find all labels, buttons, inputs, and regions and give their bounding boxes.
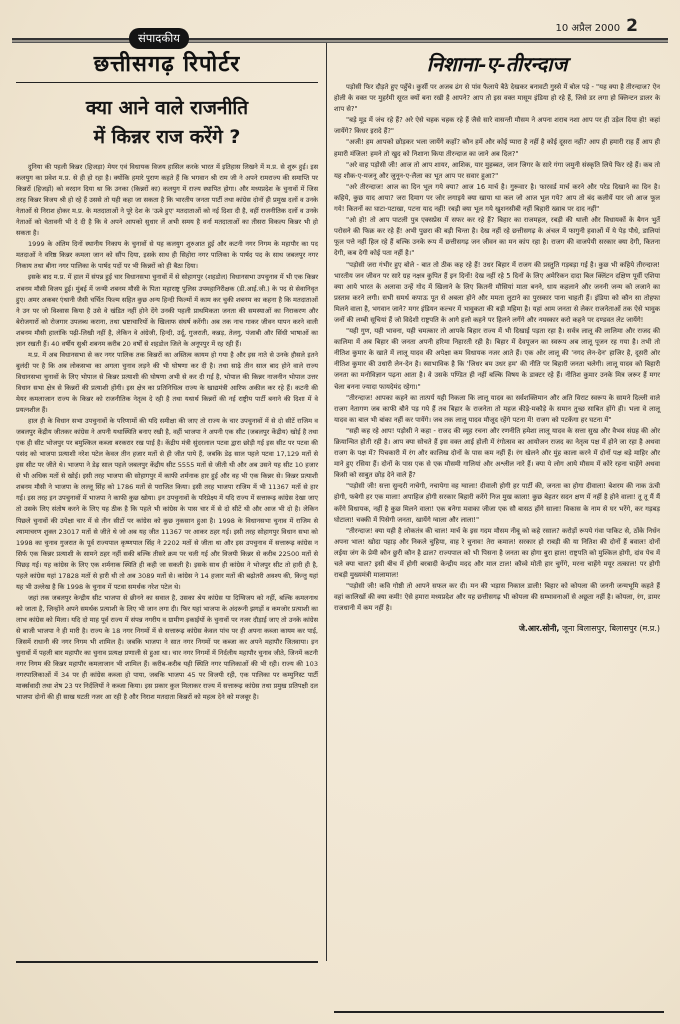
paragraph: दुनिया की पहली किन्नर (हिजड़ा) मेयर एवं … <box>16 162 318 239</box>
column-masthead-nishana-e-teerandaaz: निशाना-ए-तीरन्दाज <box>334 50 660 82</box>
paragraph: इसके बाद म.प्र. में हाल में संपन्न हुई च… <box>16 272 318 349</box>
paragraph: जहां तक जबलपुर केन्द्रीय सीट भाजपा से छी… <box>16 593 318 703</box>
paragraph: पड़ोसी फिर दौड़ते हुए पहुँचे। कुर्सी पर … <box>334 82 660 115</box>
page-number: 2 <box>626 16 638 36</box>
dateline: 10 अप्रैल 2000 2 <box>556 16 639 36</box>
author-name: जे.आर.सोनी, <box>519 624 560 633</box>
paragraph: हाल ही के विधान सभा उपचुनावों के परिणामो… <box>16 416 318 593</box>
paragraph: "अजी! हम आपको छोड़कर भला जायेंगे कहाँ? क… <box>334 137 660 159</box>
paragraph: "पड़ोसी जी! कवि गोष्ठी तो आपने सफल कर दी… <box>334 581 660 614</box>
paragraph: "अरे तीरन्दाज! आज का दिन भूल गये क्या? आ… <box>334 182 660 215</box>
byline: जे.आर.सोनी, जूना बिलासपुर, बिलासपुर (म.प… <box>334 623 660 634</box>
left-bottom-rule <box>16 961 318 963</box>
paragraph: "यही गुण, यही भावना, यही चमत्कार तो आपके… <box>334 326 660 393</box>
section-badge: संपादकीय <box>129 28 189 49</box>
paragraph: "तीरन्दाज! आपका कहने का तात्पर्य यही निक… <box>334 393 660 426</box>
paragraph: "पड़ोसी जरा गंभीर हुए बोले - बात तो ठीक … <box>334 260 660 327</box>
paragraph: "ओ हो! तो आप पाटली पुत्र एक्सप्रेस में स… <box>334 215 660 259</box>
satire-body: पड़ोसी फिर दौड़ते हुए पहुँचे। कुर्सी पर … <box>334 82 660 615</box>
paragraph: "अरे वाह पड़ोसी जी! आज तो आप शायर, आशिक,… <box>334 160 660 182</box>
column-masthead-chhattisgarh-reporter: छत्तीसगढ़ रिपोर्टर <box>16 50 318 83</box>
newspaper-page: 10 अप्रैल 2000 2 संपादकीय छत्तीसगढ़ रिपो… <box>0 0 680 1024</box>
right-bottom-rule <box>334 1011 664 1013</box>
paragraph: "बड़े मूड में जंच रहे हैं? अरे ऐसे चहक च… <box>334 115 660 137</box>
author-place: जूना बिलासपुर, बिलासपुर (म.प्र.) <box>562 624 660 633</box>
headline-line-1: क्या आने वाले राजनीति <box>16 94 318 123</box>
paragraph: "सही कह रहे आप! पड़ोसी ने कहा - राजद की … <box>334 426 660 481</box>
paragraph: "पड़ोसी जी! सत्ता सुन्दरी नाचेगी, नचायेग… <box>334 481 660 525</box>
editorial-column: छत्तीसगढ़ रिपोर्टर क्या आने वाले राजनीति… <box>16 50 318 703</box>
paragraph: "तीरन्दाज! क्या यही है लोकतंत्र की चाल! … <box>334 526 660 581</box>
issue-date: 10 अप्रैल 2000 <box>556 20 621 34</box>
satire-column: निशाना-ए-तीरन्दाज पड़ोसी फिर दौड़ते हुए … <box>334 50 660 634</box>
article-headline: क्या आने वाले राजनीति में किन्नर राज करे… <box>16 94 318 152</box>
article-body: दुनिया की पहली किन्नर (हिजड़ा) मेयर एवं … <box>16 162 318 703</box>
headline-line-2: में किन्नर राज करेंगे ? <box>16 123 318 152</box>
paragraph: 1999 के अंतिम दिनों स्थानीय निकाय के चुन… <box>16 239 318 272</box>
top-rule <box>12 38 668 43</box>
column-divider <box>326 43 327 961</box>
paragraph: म.प्र. में अब विधानसभा से कर नगर पालिक त… <box>16 350 318 416</box>
